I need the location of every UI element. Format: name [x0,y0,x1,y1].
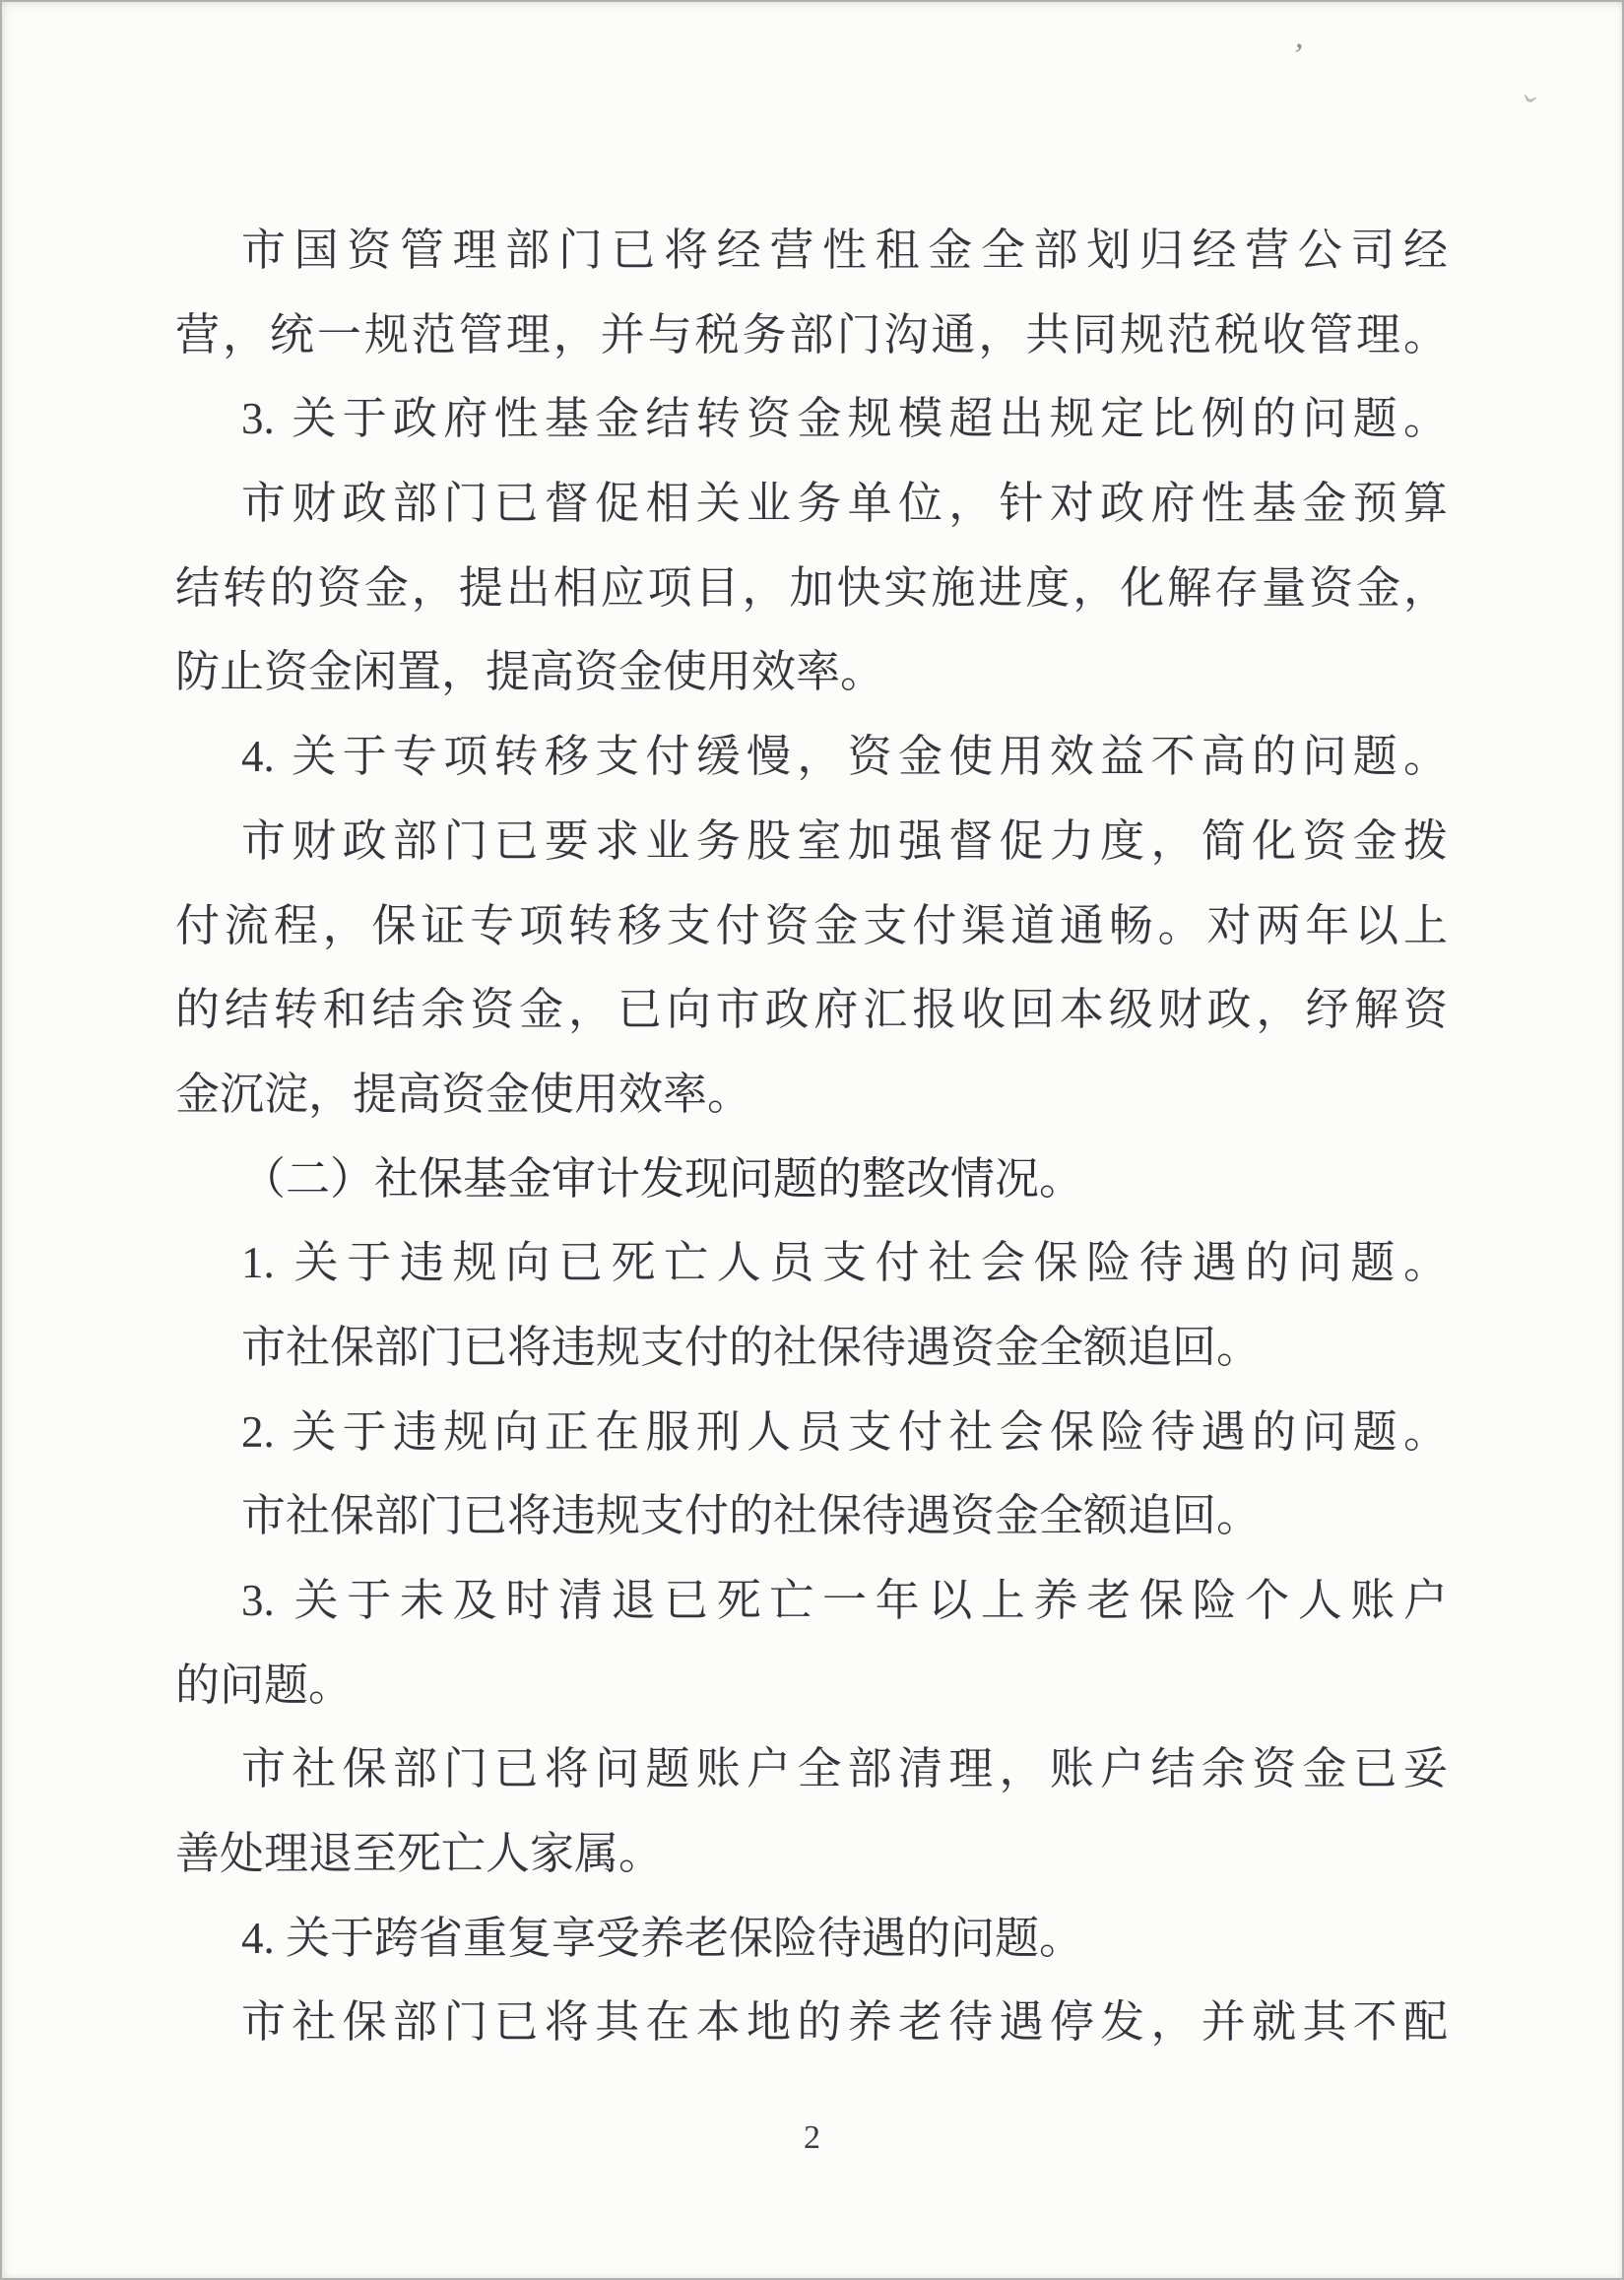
text-line: 1. 关于违规向已死亡人员支付社会保险待遇的问题。 [175,1221,1448,1306]
text-line: 市国资管理部门已将经营性租金全部划归经营公司经 [175,209,1448,293]
text-line: 结转的资金，提出相应项目，加快实施进度，化解存量资金， [175,547,1448,631]
text-line: 的问题。 [175,1644,1448,1728]
text-line: 市财政部门已要求业务股室加强督促力度，简化资金拨 [175,800,1448,884]
page-number: 2 [0,2119,1624,2157]
text-line: 防止资金闲置，提高资金使用效率。 [175,630,1448,715]
text-line: 市财政部门已督促相关业务单位，针对政府性基金预算 [175,462,1448,547]
scan-speck-icon: ˇ [1516,86,1539,134]
scan-speck-icon: ’ [1289,36,1306,75]
text-line: 3. 关于政府性基金结转资金规模超出规定比例的问题。 [175,377,1448,462]
text-line: 的结转和结余资金，已向市政府汇报收回本级财政，纾解资 [175,968,1448,1053]
text-line: 市社保部门已将违规支付的社保待遇资金全额追回。 [175,1474,1448,1559]
section-heading: （二）社保基金审计发现问题的整改情况。 [175,1138,1448,1222]
text-line: 金沉淀，提高资金使用效率。 [175,1053,1448,1138]
text-line: 4. 关于专项转移支付缓慢，资金使用效益不高的问题。 [175,715,1448,800]
scanned-document-page: ’ ˇ 市国资管理部门已将经营性租金全部划归经营公司经营，统一规范管理，并与税务… [0,0,1624,2280]
document-body: 市国资管理部门已将经营性租金全部划归经营公司经营，统一规范管理，并与税务部门沟通… [175,209,1448,2065]
text-line: 营，统一规范管理，并与税务部门沟通，共同规范税收管理。 [175,293,1448,378]
text-line: 市社保部门已将其在本地的养老待遇停发，并就其不配 [175,1981,1448,2065]
text-line: 2. 关于违规向正在服刑人员支付社会保险待遇的问题。 [175,1391,1448,1475]
text-line: 善处理退至死亡人家属。 [175,1812,1448,1897]
text-line: 3. 关于未及时清退已死亡一年以上养老保险个人账户 [175,1559,1448,1644]
text-line: 付流程，保证专项转移支付资金支付渠道通畅。对两年以上 [175,884,1448,969]
text-line: 市社保部门已将问题账户全部清理，账户结余资金已妥 [175,1727,1448,1812]
text-line: 市社保部门已将违规支付的社保待遇资金全额追回。 [175,1306,1448,1391]
text-line: 4. 关于跨省重复享受养老保险待遇的问题。 [175,1897,1448,1982]
